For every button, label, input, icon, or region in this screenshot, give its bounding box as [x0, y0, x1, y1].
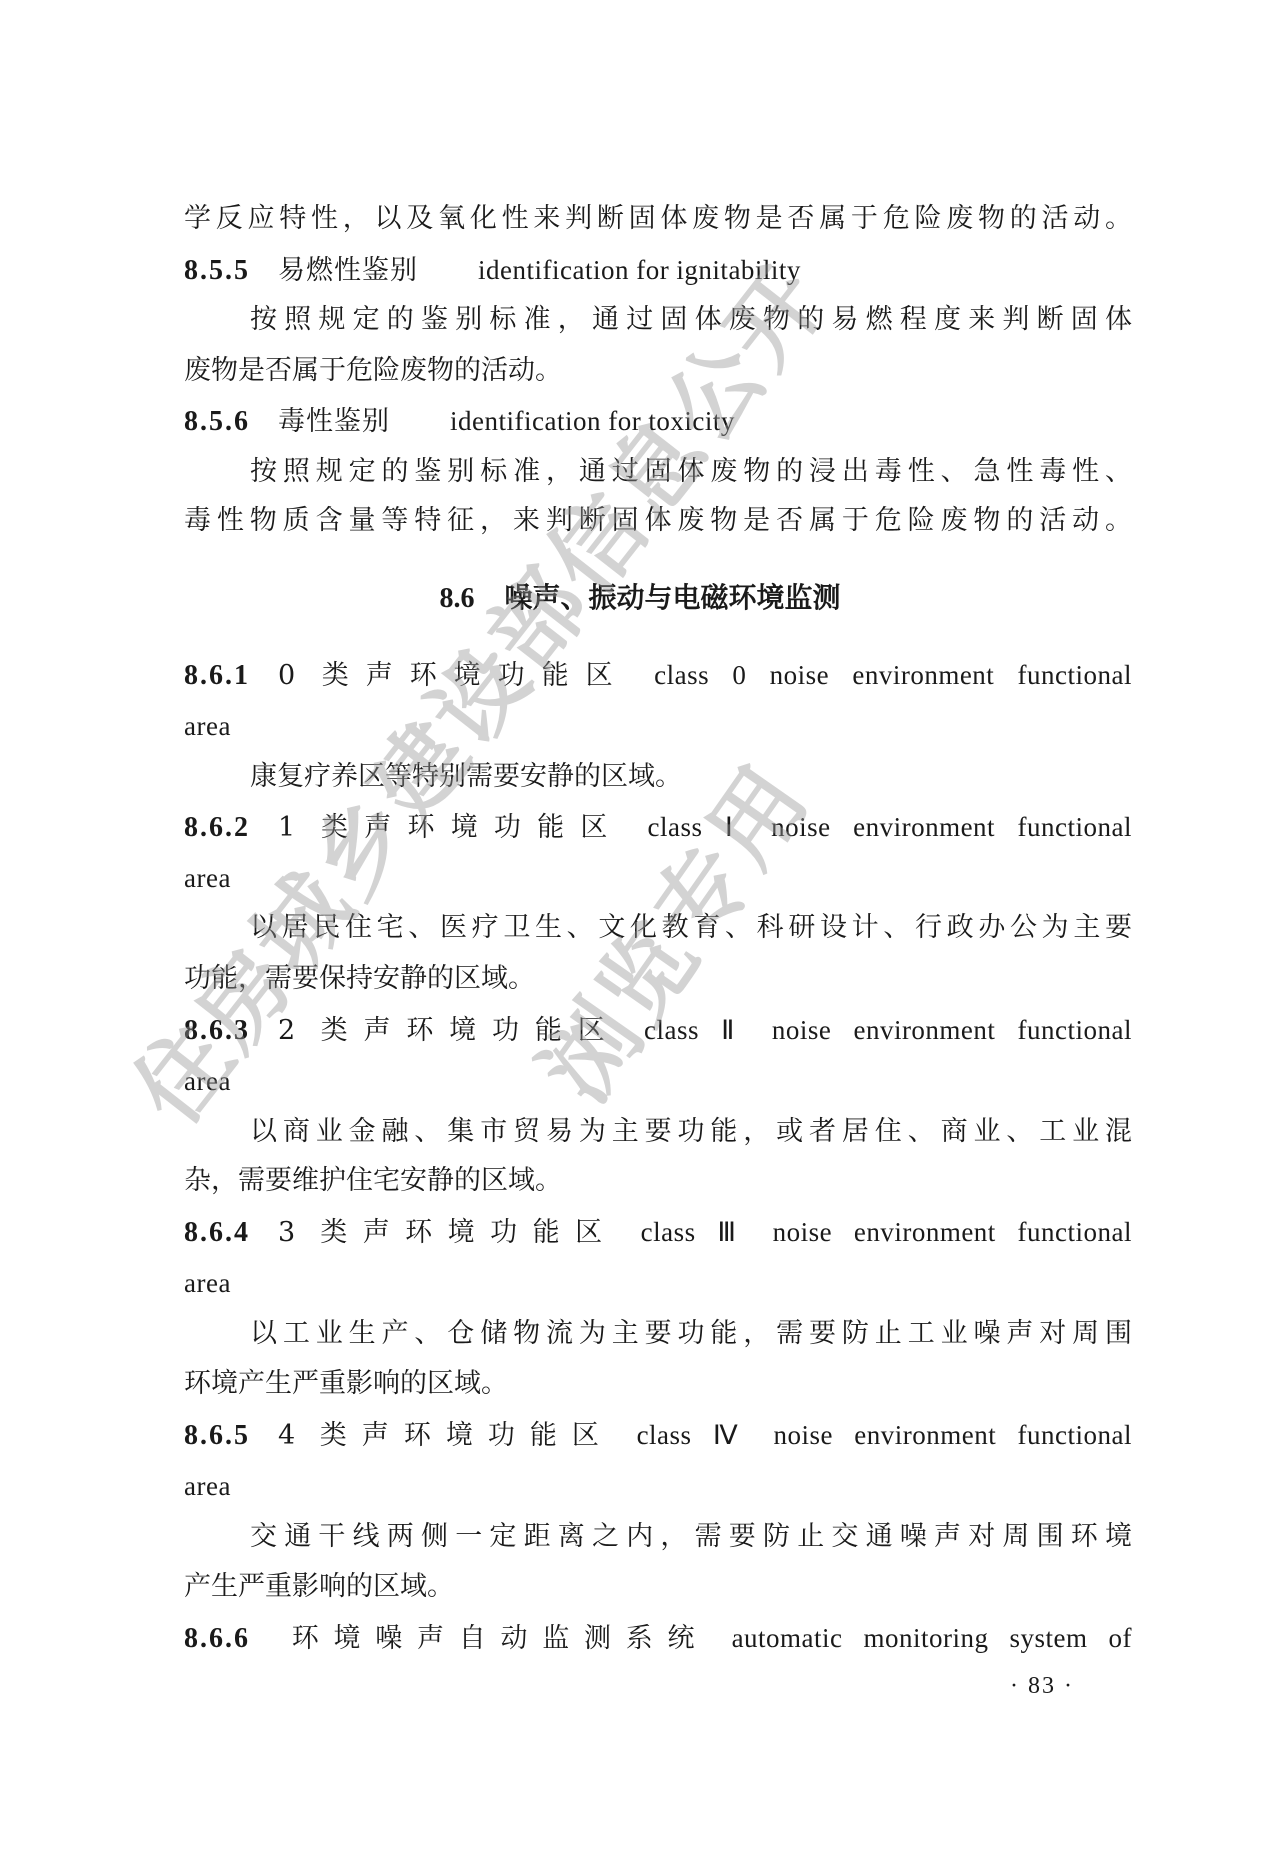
term-english: class Ⅰ noise environment functional: [647, 812, 1132, 842]
term-8-6-5: 8.6.54 类声环境功能区 class Ⅳ noise environment…: [184, 1415, 1132, 1455]
definition-line: 按照规定的鉴别标准，通过固体废物的易燃程度来判断固体: [250, 300, 1132, 340]
term-chinese: 4 类声环境功能区: [278, 1420, 614, 1451]
term-8-5-5: 8.5.5易燃性鉴别identification for ignitabilit…: [184, 250, 1132, 290]
term-chinese: 环境噪声自动监测系统: [278, 1623, 709, 1654]
term-english: automatic monitoring system of: [732, 1623, 1132, 1653]
term-english: identification for ignitability: [478, 255, 801, 285]
term-chinese: 3 类声环境功能区: [278, 1217, 618, 1248]
term-english: class Ⅳ noise environment functional: [637, 1420, 1132, 1450]
term-number: 8.5.5: [184, 255, 250, 286]
term-chinese: 1 类声环境功能区: [278, 812, 624, 843]
term-number: 8.6.1: [184, 660, 250, 691]
term-8-5-6: 8.5.6毒性鉴别identification for toxicity: [184, 401, 1132, 441]
term-8-6-6: 8.6.6环境噪声自动监测系统 automatic monitoring sys…: [184, 1618, 1132, 1658]
definition-line: 毒性物质含量等特征，来判断固体废物是否属于危险废物的活动。: [184, 501, 1132, 541]
term-number: 8.6.6: [184, 1623, 250, 1654]
term-english: identification for toxicity: [450, 406, 735, 436]
definition-line: 以工业生产、仓储物流为主要功能，需要防止工业噪声对周围: [250, 1314, 1132, 1354]
term-english-continuation: area: [184, 858, 1132, 898]
term-english-continuation: area: [184, 706, 1132, 746]
term-chinese: 2 类声环境功能区: [278, 1015, 621, 1046]
term-8-6-2: 8.6.21 类声环境功能区 class Ⅰ noise environment…: [184, 807, 1132, 847]
term-english: class Ⅲ noise environment functional: [641, 1217, 1132, 1247]
definition-line: 废物是否属于危险废物的活动。: [184, 351, 1132, 391]
definition-line: 功能，需要保持安静的区域。: [184, 959, 1132, 999]
document-page: 学反应特性，以及氧化性来判断固体废物是否属于危险废物的活动。 8.5.5易燃性鉴…: [0, 0, 1280, 1856]
definition-line: 按照规定的鉴别标准，通过固体废物的浸出毒性、急性毒性、: [250, 452, 1132, 492]
term-number: 8.6.3: [184, 1015, 250, 1046]
term-number: 8.5.6: [184, 406, 250, 437]
paragraph-continuation: 学反应特性，以及氧化性来判断固体废物是否属于危险废物的活动。: [184, 199, 1132, 239]
term-english-continuation: area: [184, 1466, 1132, 1506]
definition-line: 环境产生严重影响的区域。: [184, 1364, 1132, 1404]
term-english-continuation: area: [184, 1061, 1132, 1101]
term-number: 8.6.2: [184, 812, 250, 843]
definition-line: 康复疗养区等特别需要安静的区域。: [250, 757, 1132, 797]
definition-line: 产生严重影响的区域。: [184, 1567, 1132, 1607]
definition-line: 以商业金融、集市贸易为主要功能，或者居住、商业、工业混: [250, 1112, 1132, 1152]
term-number: 8.6.5: [184, 1420, 250, 1451]
definition-line: 以居民住宅、医疗卫生、文化教育、科研设计、行政办公为主要: [250, 908, 1132, 948]
term-8-6-1: 8.6.10 类声环境功能区 class 0 noise environment…: [184, 655, 1132, 695]
definition-line: 杂，需要维护住宅安静的区域。: [184, 1161, 1132, 1201]
term-number: 8.6.4: [184, 1217, 250, 1248]
section-title: 噪声、振动与电磁环境监测: [504, 581, 840, 614]
definition-line: 交通干线两侧一定距离之内，需要防止交通噪声对周围环境: [250, 1517, 1132, 1557]
section-heading: 8.6噪声、振动与电磁环境监测: [0, 578, 1280, 619]
term-8-6-4: 8.6.43 类声环境功能区 class Ⅲ noise environment…: [184, 1212, 1132, 1252]
term-chinese: 0 类声环境功能区: [278, 660, 630, 691]
term-8-6-3: 8.6.32 类声环境功能区 class Ⅱ noise environment…: [184, 1010, 1132, 1050]
term-english-continuation: area: [184, 1263, 1132, 1303]
section-number: 8.6: [439, 583, 474, 614]
term-chinese: 毒性鉴别: [278, 406, 390, 437]
term-english: class 0 noise environment functional: [654, 660, 1132, 690]
term-english: class Ⅱ noise environment functional: [644, 1015, 1132, 1045]
page-number: · 83 ·: [1010, 1668, 1074, 1704]
term-chinese: 易燃性鉴别: [278, 255, 418, 286]
